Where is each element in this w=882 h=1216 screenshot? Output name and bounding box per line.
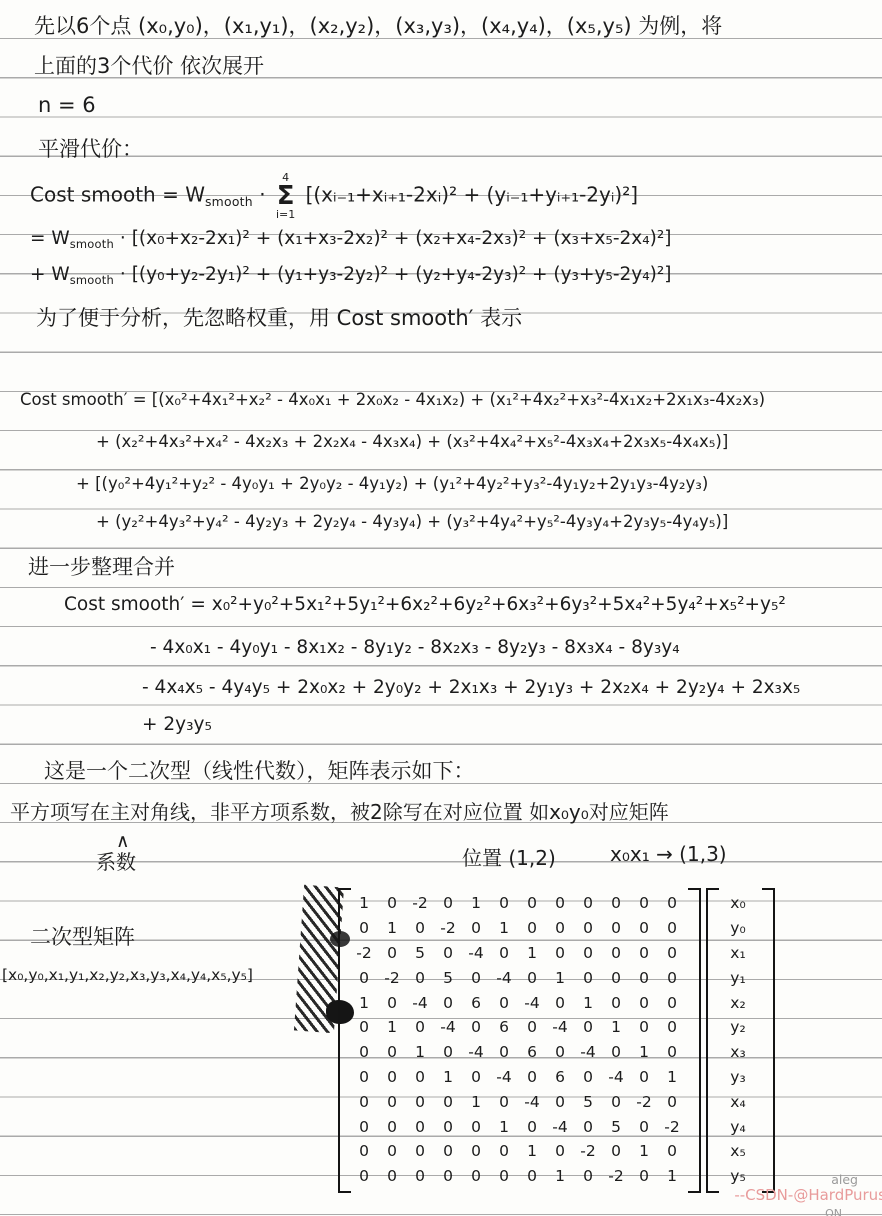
matrix-cell: 0 (574, 1065, 602, 1090)
matrix-cell: 5 (406, 941, 434, 966)
matrix-cell: -4 (518, 990, 546, 1015)
vector-right-bracket (762, 888, 775, 1193)
matrix-cell: 0 (630, 965, 658, 990)
matrix-cell: 0 (350, 1065, 378, 1090)
cost-definition-body: [(xᵢ₋₁+xᵢ₊₁-2xᵢ)² + (yᵢ₋₁+yᵢ₊₁-2yᵢ)²] (306, 183, 638, 207)
matrix-cell: 0 (406, 916, 434, 941)
matrix-cell: 0 (434, 990, 462, 1015)
cost-lhs: Cost smooth = (30, 183, 179, 207)
variable-row-vector: [x₀,y₀,x₁,y₁,x₂,y₂,x₃,y₃,x₄,y₄,x₅,y₅] (2, 966, 253, 984)
w-smooth-label: W (51, 264, 69, 285)
matrix-cell: 0 (658, 1139, 686, 1164)
matrix-cell: 0 (658, 965, 686, 990)
matrix-cell: -4 (434, 1015, 462, 1040)
matrix-cell: 0 (518, 1114, 546, 1139)
expansion-x-body: [(x₀+x₂-2x₁)² + (x₁+x₃-2x₂)² + (x₂+x₄-2x… (132, 228, 672, 249)
mapping-note: x₀x₁ → (1,3) (610, 842, 727, 866)
matrix-cell: 0 (350, 1040, 378, 1065)
quadratic-form-note: 这是一个二次型（线性代数），矩阵表示如下： (44, 755, 475, 785)
matrix-cell: 0 (406, 1089, 434, 1114)
matrix-cell: 0 (350, 1114, 378, 1139)
matrix-cell: 0 (630, 941, 658, 966)
matrix-cell: -4 (462, 1040, 490, 1065)
matrix-cell: -4 (546, 1015, 574, 1040)
w-smooth-label: W (185, 183, 205, 207)
vector-cell: x₄ (714, 1089, 762, 1114)
matrix-cell: 1 (658, 1164, 686, 1189)
matrix-cell: 0 (406, 1015, 434, 1040)
merged-line-4: + 2y₃y₅ (142, 714, 212, 735)
vector-cell: x₀ (714, 891, 762, 916)
watermark-csdn: --CSDN-@HardPurus (734, 1186, 882, 1204)
matrix-cell: 0 (434, 1139, 462, 1164)
matrix-cell: 0 (574, 891, 602, 916)
matrix-cell: 0 (378, 1065, 406, 1090)
matrix-cell: 0 (574, 1164, 602, 1189)
matrix-cell: 0 (602, 990, 630, 1015)
matrix-cell: 0 (574, 941, 602, 966)
watermark-fragment: ON (825, 1207, 842, 1216)
matrix-cell: 5 (434, 965, 462, 990)
sigma-sum: 4 Σ i=1 (276, 172, 295, 220)
matrix-cell: 0 (658, 891, 686, 916)
matrix-cell: 0 (518, 1015, 546, 1040)
matrix-cell: 0 (658, 941, 686, 966)
vector-cell: y₂ (714, 1015, 762, 1040)
matrix-cell: 0 (490, 941, 518, 966)
matrix-cell: 0 (546, 941, 574, 966)
matrix-cell: 0 (546, 990, 574, 1015)
matrix-cell: 0 (574, 965, 602, 990)
dot-operator: · (259, 183, 265, 207)
matrix-cell: 0 (490, 1139, 518, 1164)
intro-line-1: 先以6个点 (x₀,y₀)，(x₁,y₁)，(x₂,y₂)，(x₃,y₃)，(x… (34, 10, 722, 40)
matrix-right-bracket (688, 888, 701, 1193)
matrix-cell: -2 (630, 1089, 658, 1114)
matrix-cell: 0 (378, 1114, 406, 1139)
position-note: 位置 (1,2) (462, 842, 556, 871)
diagonal-rule-note: 平方项写在主对角线，非平方项系数，被2除写在对应位置 如x₀y₀对应矩阵 (10, 796, 669, 825)
matrix-cell: 0 (462, 1139, 490, 1164)
vector-cell: y₀ (714, 916, 762, 941)
matrix-cell: 0 (378, 941, 406, 966)
matrix-cell: -4 (518, 1089, 546, 1114)
matrix-cell: 6 (518, 1040, 546, 1065)
matrix-cell: -2 (658, 1114, 686, 1139)
n-value: n = 6 (38, 93, 96, 117)
expansion-y-line: + Wsmooth · [(y₀+y₂-2y₁)² + (y₁+y₃-2y₂)²… (30, 264, 672, 287)
matrix-cell: 5 (602, 1114, 630, 1139)
expansion-y-prefix: + (30, 264, 46, 285)
matrix-cell: -2 (574, 1139, 602, 1164)
notebook-page: 先以6个点 (x₀,y₀)，(x₁,y₁)，(x₂,y₂)，(x₃,y₃)，(x… (0, 0, 882, 1216)
matrix-cell: 1 (462, 1089, 490, 1114)
matrix-cell: 1 (518, 941, 546, 966)
matrix-cell: 0 (434, 941, 462, 966)
matrix-cell: 0 (546, 1089, 574, 1114)
matrix-cell: -4 (490, 965, 518, 990)
matrix-cell: 0 (602, 1089, 630, 1114)
matrix-cell: 0 (462, 916, 490, 941)
matrix-cell: 0 (546, 891, 574, 916)
matrix-cell: 1 (658, 1065, 686, 1090)
matrix-cell: 0 (378, 990, 406, 1015)
matrix-cell: 0 (378, 1040, 406, 1065)
vector-cell: y₄ (714, 1114, 762, 1139)
merged-line-1: Cost smooth′ = x₀²+y₀²+5x₁²+5y₁²+6x₂²+6y… (64, 594, 786, 615)
matrix-cell: 0 (658, 1040, 686, 1065)
quadratic-expansion-line-1: Cost smooth′ = [(x₀²+4x₁²+x₂² - 4x₀x₁ + … (20, 390, 765, 409)
matrix-cell: 0 (518, 1065, 546, 1090)
dot-operator: · (120, 228, 126, 249)
matrix-cell: 0 (658, 1089, 686, 1114)
w-smooth-subscript: smooth (70, 273, 114, 287)
intro-line-2: 上面的3个代价 依次展开 (34, 50, 264, 80)
expansion-x-line: = Wsmooth · [(x₀+x₂-2x₁)² + (x₁+x₃-2x₂)²… (30, 228, 672, 251)
vector-cell: x₂ (714, 990, 762, 1015)
matrix-cell: 0 (630, 1114, 658, 1139)
matrix-cell: 1 (350, 990, 378, 1015)
matrix-cell: -4 (546, 1114, 574, 1139)
matrix-cell: 0 (546, 1040, 574, 1065)
w-smooth-subscript: smooth (205, 194, 253, 209)
cost-definition-formula: Cost smooth = Wsmooth · 4 Σ i=1 [(xᵢ₋₁+x… (30, 172, 638, 220)
matrix-cell: 0 (378, 1139, 406, 1164)
vector-cell: y₃ (714, 1065, 762, 1090)
quadratic-expansion-line-2: + (x₂²+4x₃²+x₄² - 4x₂x₃ + 2x₂x₄ - 4x₃x₄)… (96, 432, 728, 451)
matrix-cell: 1 (434, 1065, 462, 1090)
merge-heading: 进一步整理合并 (28, 551, 175, 581)
matrix-cell: 0 (378, 1164, 406, 1189)
matrix-cell: 0 (434, 891, 462, 916)
vector-cell: x₃ (714, 1040, 762, 1065)
matrix-cell: 0 (434, 1089, 462, 1114)
matrix-cell: 0 (434, 1114, 462, 1139)
matrix-cell: 1 (350, 891, 378, 916)
matrix-cell: 0 (602, 941, 630, 966)
matrix-cell: 6 (462, 990, 490, 1015)
matrix-cell: 0 (406, 1139, 434, 1164)
matrix-cell: 0 (630, 891, 658, 916)
matrix-cell: 1 (490, 916, 518, 941)
matrix-cell: 0 (406, 965, 434, 990)
matrix-cell: 0 (406, 1065, 434, 1090)
matrix-cell: 0 (350, 1139, 378, 1164)
variable-vector-grid: x₀y₀x₁y₁x₂y₂x₃y₃x₄y₄x₅y₅ (714, 891, 762, 1189)
sigma-lower-limit: i=1 (276, 209, 295, 220)
expansion-x-prefix: = (30, 228, 46, 249)
matrix-cell: 0 (490, 1040, 518, 1065)
quadratic-matrix-grid: 10-2010000000010-201000000-2050-40100000… (350, 891, 686, 1189)
w-smooth-subscript: smooth (70, 237, 114, 251)
sigma-icon: Σ (277, 183, 295, 209)
matrix-cell: 1 (574, 990, 602, 1015)
matrix-cell: 0 (546, 1139, 574, 1164)
matrix-cell: 0 (630, 1065, 658, 1090)
matrix-cell: 0 (518, 916, 546, 941)
matrix-cell: 0 (350, 1015, 378, 1040)
vector-cell: y₅ (714, 1164, 762, 1189)
matrix-cell: 0 (490, 990, 518, 1015)
matrix-cell: 0 (546, 916, 574, 941)
vector-cell: x₅ (714, 1139, 762, 1164)
matrix-cell: 0 (574, 1114, 602, 1139)
matrix-cell: -4 (602, 1065, 630, 1090)
quadratic-expansion-line-3: + [(y₀²+4y₁²+y₂² - 4y₀y₁ + 2y₀y₂ - 4y₁y₂… (76, 474, 708, 493)
matrix-cell: 0 (602, 1139, 630, 1164)
matrix-cell: 0 (350, 1164, 378, 1189)
merged-line-3: - 4x₄x₅ - 4y₄y₅ + 2x₀x₂ + 2y₀y₂ + 2x₁x₃ … (142, 677, 800, 698)
vector-cell: y₁ (714, 965, 762, 990)
matrix-cell: 1 (630, 1040, 658, 1065)
matrix-cell: -2 (350, 941, 378, 966)
matrix-cell: 0 (462, 965, 490, 990)
matrix-cell: 0 (462, 1164, 490, 1189)
matrix-cell: 1 (630, 1139, 658, 1164)
matrix-cell: -2 (406, 891, 434, 916)
matrix-label: 二次型矩阵 (30, 921, 135, 951)
matrix-cell: 1 (546, 965, 574, 990)
quadratic-expansion-line-4: + (y₂²+4y₃²+y₄² - 4y₂y₃ + 2y₂y₄ - 4y₃y₄)… (96, 512, 728, 531)
matrix-cell: 0 (630, 1015, 658, 1040)
matrix-cell: 0 (378, 891, 406, 916)
matrix-cell: -2 (378, 965, 406, 990)
matrix-cell: 5 (574, 1089, 602, 1114)
matrix-cell: 0 (658, 916, 686, 941)
matrix-cell: -2 (602, 1164, 630, 1189)
matrix-cell: 0 (518, 1164, 546, 1189)
matrix-cell: 0 (658, 990, 686, 1015)
matrix-cell: 6 (490, 1015, 518, 1040)
matrix-cell: 1 (378, 916, 406, 941)
matrix-cell: 1 (406, 1040, 434, 1065)
matrix-cell: 0 (602, 1040, 630, 1065)
matrix-cell: 0 (518, 891, 546, 916)
ignore-weight-note: 为了便于分析，先忽略权重，用 Cost smooth′ 表示 (36, 302, 522, 332)
matrix-cell: 0 (518, 965, 546, 990)
vector-cell: x₁ (714, 941, 762, 966)
matrix-cell: 0 (490, 1164, 518, 1189)
matrix-cell: 0 (602, 916, 630, 941)
matrix-cell: 0 (350, 916, 378, 941)
matrix-cell: 0 (462, 1114, 490, 1139)
matrix-cell: 0 (462, 1015, 490, 1040)
matrix-cell: 1 (490, 1114, 518, 1139)
matrix-cell: 0 (350, 965, 378, 990)
smooth-cost-heading: 平滑代价： (38, 133, 143, 163)
matrix-cell: 0 (658, 1015, 686, 1040)
matrix-cell: 0 (406, 1114, 434, 1139)
matrix-cell: 0 (602, 891, 630, 916)
matrix-cell: 0 (574, 1015, 602, 1040)
expansion-y-body: [(y₀+y₂-2y₁)² + (y₁+y₃-2y₂)² + (y₂+y₄-2y… (132, 264, 672, 285)
matrix-cell: 0 (350, 1089, 378, 1114)
matrix-cell: 1 (602, 1015, 630, 1040)
matrix-cell: -2 (434, 916, 462, 941)
matrix-cell: 6 (546, 1065, 574, 1090)
matrix-cell: -4 (574, 1040, 602, 1065)
matrix-cell: -4 (462, 941, 490, 966)
matrix-cell: 0 (490, 891, 518, 916)
matrix-cell: 0 (602, 965, 630, 990)
matrix-cell: -4 (490, 1065, 518, 1090)
matrix-cell: 0 (574, 916, 602, 941)
matrix-cell: 1 (546, 1164, 574, 1189)
w-smooth-label: W (51, 228, 69, 249)
matrix-cell: 0 (630, 990, 658, 1015)
matrix-cell: 1 (378, 1015, 406, 1040)
matrix-cell: 0 (434, 1164, 462, 1189)
matrix-cell: 0 (434, 1040, 462, 1065)
matrix-cell: 1 (462, 891, 490, 916)
matrix-cell: 0 (630, 916, 658, 941)
matrix-cell: 0 (490, 1089, 518, 1114)
matrix-cell: 0 (378, 1089, 406, 1114)
merged-line-2: - 4x₀x₁ - 4y₀y₁ - 8x₁x₂ - 8y₁y₂ - 8x₂x₃ … (150, 637, 680, 658)
dot-operator: · (120, 264, 126, 285)
watermark-top-text: aleg (831, 1172, 858, 1187)
matrix-cell: -4 (406, 990, 434, 1015)
matrix-cell: 0 (462, 1065, 490, 1090)
matrix-cell: 0 (406, 1164, 434, 1189)
matrix-cell: 1 (518, 1139, 546, 1164)
matrix-cell: 0 (630, 1164, 658, 1189)
coefficient-label: 系数 (96, 846, 136, 875)
